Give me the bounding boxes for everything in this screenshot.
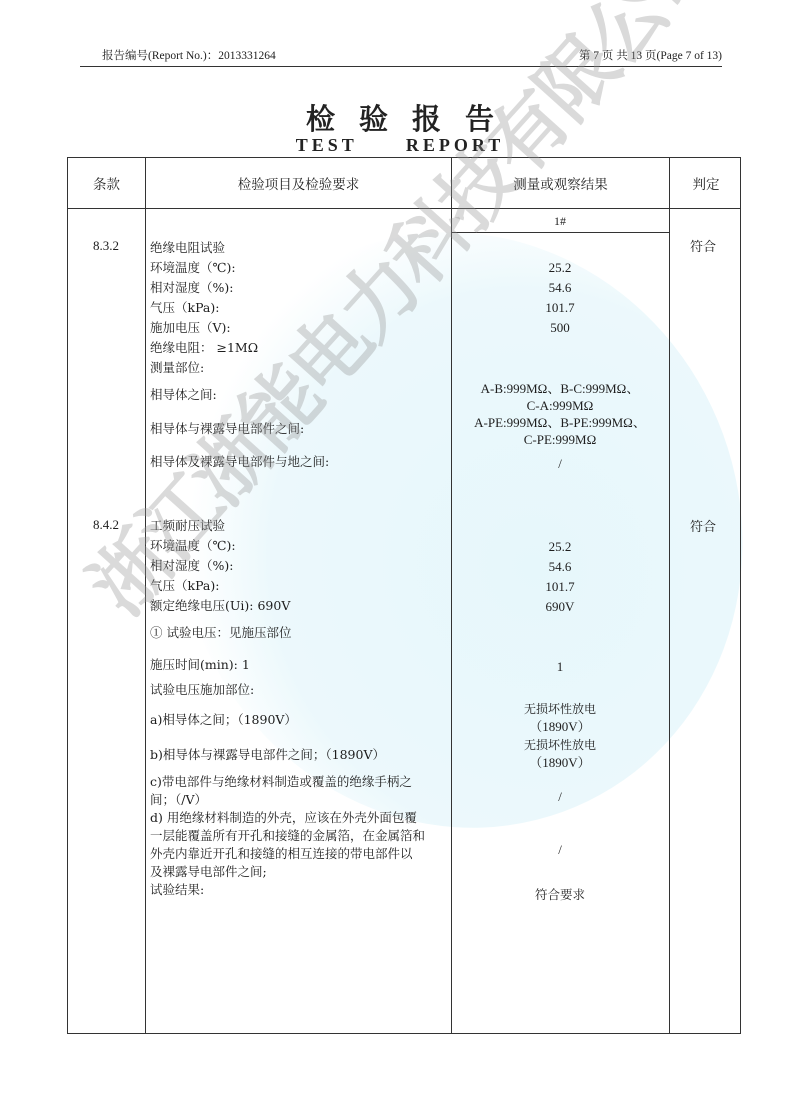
req-d-line3: 外壳内靠近开孔和接缝的相互连接的带电部件以 [150,844,413,863]
sample-label: 1# [451,212,669,230]
req-c-line1: c)带电部件与绝缘材料制造或覆盖的绝缘手柄之 [150,772,412,791]
title-english: TEST REPORT [0,135,800,156]
req-voltage: 施加电压（V): [150,318,231,337]
req-title: 工频耐压试验 [150,516,225,535]
result-temperature: 25.2 [451,259,669,277]
req-application: 试验电压施加部位: [150,680,254,699]
req-rated-voltage: 额定绝缘电压(Ui): 690V [150,596,290,615]
result-duration: 1 [451,658,669,676]
header-clause: 条款 [68,158,145,208]
title-chinese: 检验报告 [0,97,800,138]
result-phase-earth: / [451,455,669,473]
verdict-8-3-2: 符合 [690,236,716,255]
req-pressure: 气压（kPa): [150,298,219,317]
page-indicator: 第 7 页 共 13 页(Page 7 of 13) [579,47,722,63]
header-divider [68,208,740,209]
req-temperature: 环境温度（℃): [150,536,236,555]
req-temperature: 环境温度（℃): [150,258,236,277]
header-requirement: 检验项目及检验要求 [146,158,451,208]
req-location: 测量部位: [150,358,204,377]
col-divider [145,158,146,1033]
result-b-line2: （1890V） [451,754,669,772]
col-divider [669,158,670,1033]
req-a: a)相导体之间；（1890V） [150,710,297,729]
verdict-8-4-2: 符合 [690,516,716,535]
req-phase-exposed: 相导体与裸露导电部件之间: [150,419,304,438]
result-a-line2: （1890V） [451,718,669,736]
result-voltage: 500 [451,319,669,337]
req-phase-phase: 相导体之间: [150,385,217,404]
result-phase-exposed-1: A-PE:999MΩ、B-PE:999MΩ、 [451,414,669,432]
result-phase-phase-2: C-A:999MΩ [451,397,669,415]
report-table: 条款 检验项目及检验要求 测量或观察结果 判定 1# 8.3.2 符合 绝缘电阻… [67,157,741,1034]
report-number: 报告编号(Report No.)：2013331264 [80,47,290,63]
header-result: 测量或观察结果 [452,158,669,208]
req-humidity: 相对湿度（%): [150,556,233,575]
req-b: b)相导体与裸露导电部件之间；（1890V） [150,745,385,764]
result-c: / [451,788,669,806]
result-pressure: 101.7 [451,299,669,317]
req-d-line2: 一层能覆盖所有开孔和接缝的金属箔，在金属箔和 [150,826,425,845]
req-pressure: 气压（kPa): [150,576,219,595]
req-d-line4: 及裸露导电部件之间; [150,862,267,881]
result-d: / [451,841,669,859]
result-temperature: 25.2 [451,538,669,556]
result-b-line1: 无损坏性放电 [451,736,669,754]
result-phase-phase-1: A-B:999MΩ、B-C:999MΩ、 [451,380,669,398]
result-humidity: 54.6 [451,558,669,576]
req-phase-earth: 相导体及裸露导电部件与地之间: [150,452,329,471]
req-title: 绝缘电阻试验 [150,238,225,257]
req-c-line2: 间；（/V） [150,790,207,809]
req-duration: 施压时间(min): 1 [150,655,250,674]
result-humidity: 54.6 [451,279,669,297]
result-rated-voltage: 690V [451,598,669,616]
clause-8-3-2: 8.3.2 [93,238,119,254]
req-humidity: 相对湿度（%): [150,278,233,297]
result-a-line1: 无损坏性放电 [451,700,669,718]
req-result: 试验结果: [150,880,204,899]
req-test-voltage: ① 试验电压：见施压部位 [150,623,291,642]
result-pressure: 101.7 [451,578,669,596]
req-resistance: 绝缘电阻： ≥1MΩ [150,338,258,357]
page-header: 报告编号(Report No.)：2013331264 第 7 页 共 13 页… [80,47,722,67]
result-overall: 符合要求 [451,886,669,904]
header-verdict: 判定 [670,158,742,208]
result-phase-exposed-2: C-PE:999MΩ [451,431,669,449]
req-d-line1: d) 用绝缘材料制造的外壳，应该在外壳外面包覆 [150,808,417,827]
clause-8-4-2: 8.4.2 [93,517,119,533]
sample-divider [451,232,669,233]
